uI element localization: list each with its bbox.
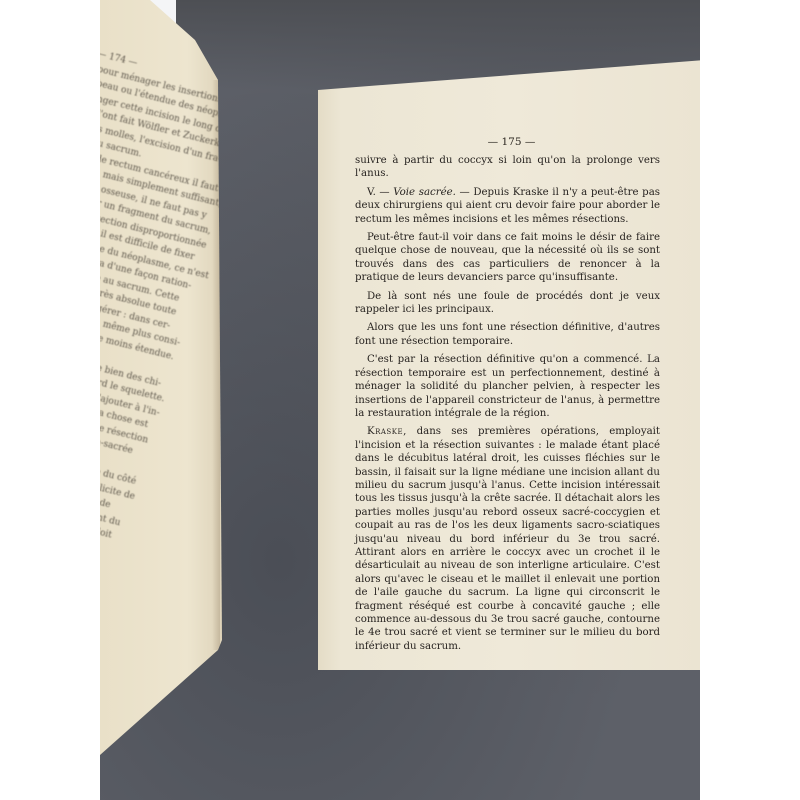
section-number: V. — [367,187,393,198]
gutter-shadow [212,80,220,650]
section-title: Voie sacrée. [393,187,456,198]
right-page: — 175 — suivre à partir du coccyx si loi… [318,60,700,670]
paragraph: suivre à partir du coccyx si loin qu'on … [355,154,660,181]
paragraph: Peut-être faut-il voir dans ce fait moin… [355,231,660,285]
paragraph-text: , dans ses premières opérations, employa… [355,426,660,652]
paragraph: Alors que les uns font une résection déf… [355,321,660,348]
right-page-body: suivre à partir du coccyx si loin qu'on … [355,154,660,658]
book-photo: — 174 — ...tions pour ménager les insert… [100,0,700,800]
paragraph-kraske: Kraske, dans ses premières opérations, e… [355,425,660,653]
paragraph: C'est par la résection définitive qu'on … [355,353,660,420]
paragraph: De là sont nés une foule de procédés don… [355,290,660,317]
paragraph-section-v: V. — Voie sacrée. — Depuis Kraske il n'y… [355,186,660,226]
right-page-number: — 175 — [318,136,700,148]
left-page-text: — 174 — ...tions pour ménager les insert… [100,40,216,541]
left-page: — 174 — ...tions pour ménager les insert… [100,0,225,760]
author-name: Kraske [367,426,403,437]
